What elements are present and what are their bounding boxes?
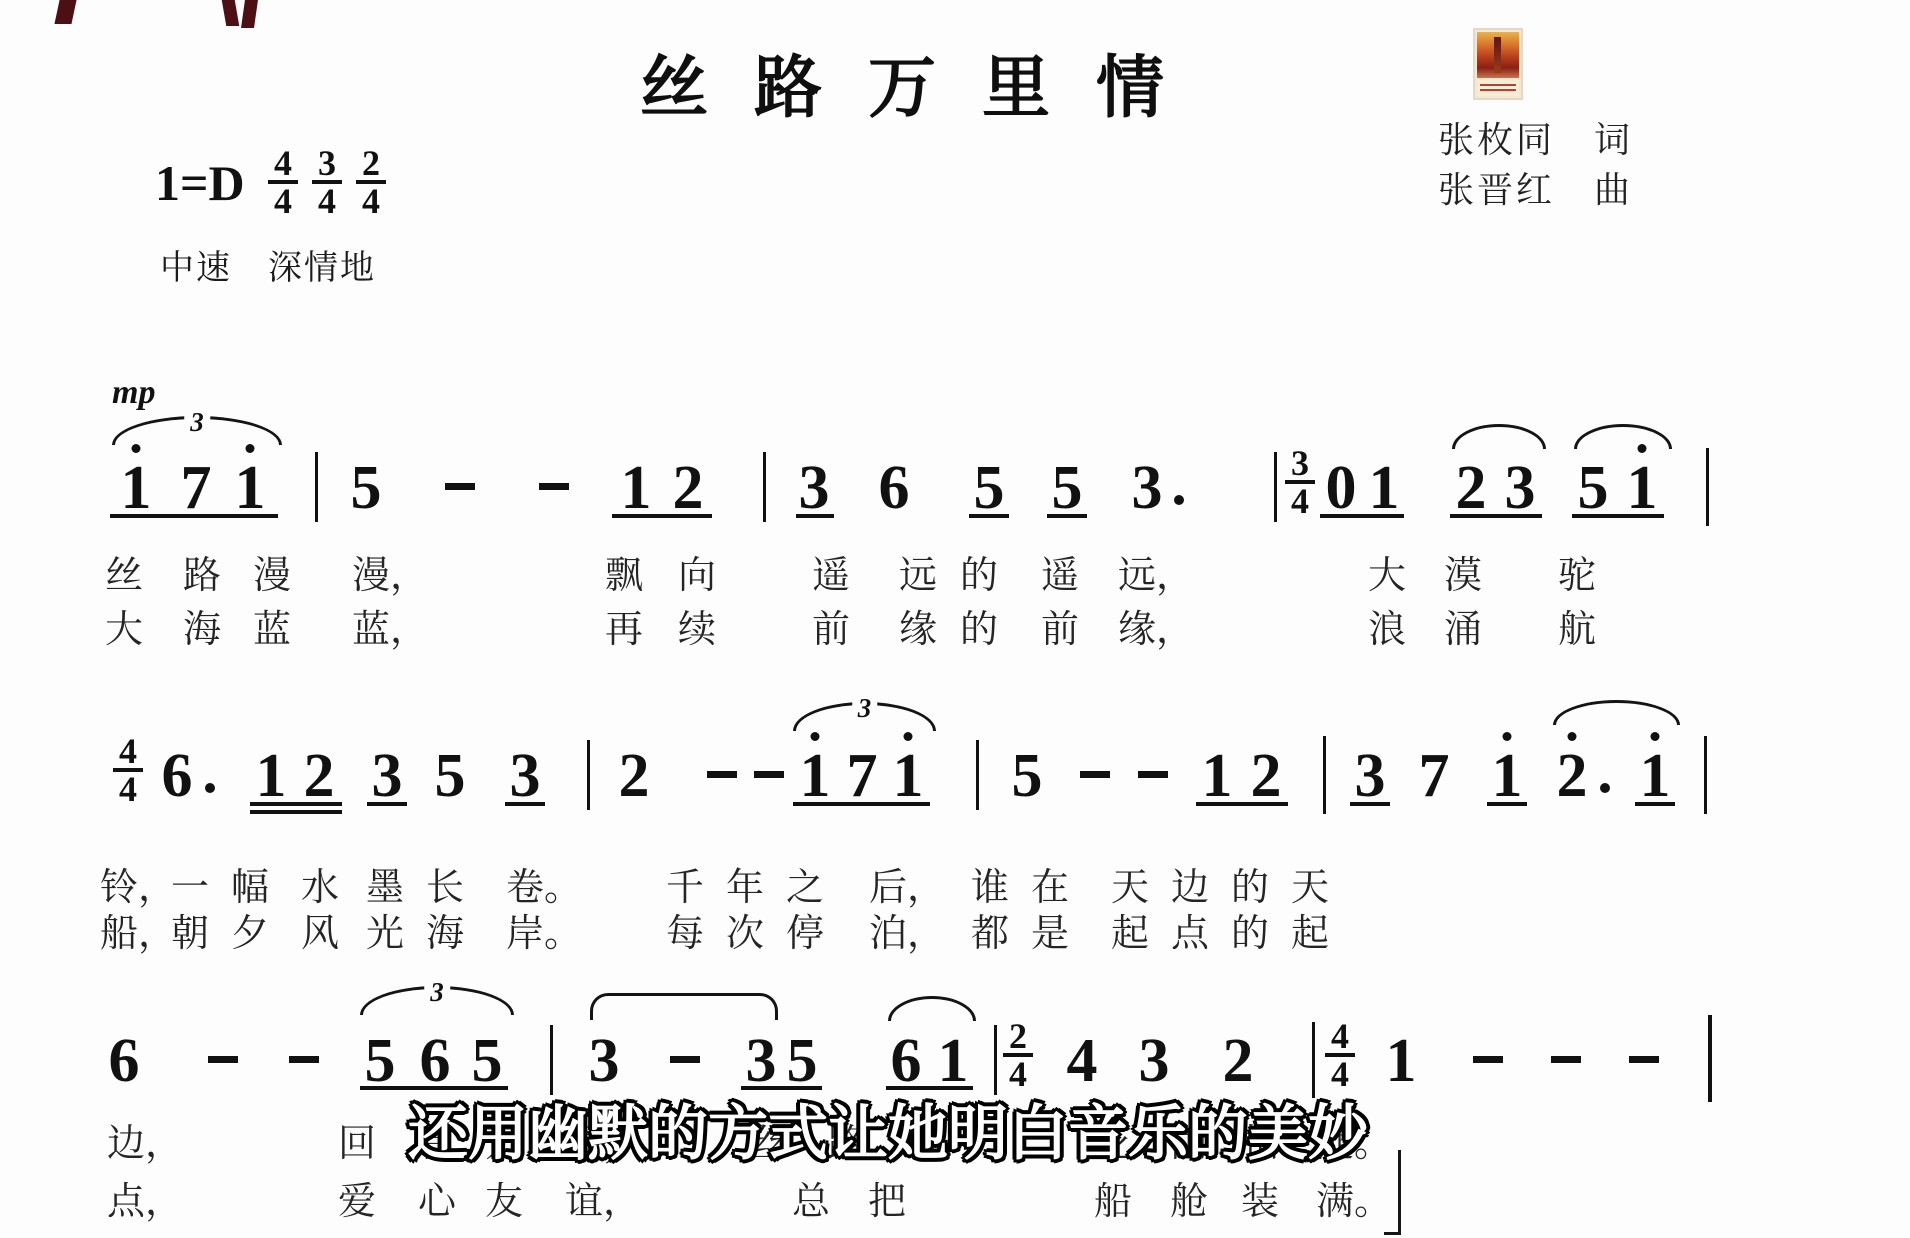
stamp-caption-strip	[1477, 80, 1519, 96]
video-artifact-mark	[54, 0, 76, 24]
barline	[1274, 452, 1277, 522]
note-digit: 1	[621, 457, 652, 519]
beam-underline	[1320, 514, 1404, 518]
lyric-char: 涌	[1444, 610, 1482, 652]
augmentation-dot	[1174, 495, 1184, 505]
note-digit: 3	[510, 745, 541, 807]
rhythm-dash	[1473, 1056, 1503, 1063]
lyric-char: 飘	[605, 556, 643, 598]
note-digit: 2	[1251, 745, 1282, 807]
composer-credit: 张晋红 曲	[1438, 162, 1633, 213]
beam-underline	[367, 802, 407, 806]
lyric-char: 漠	[1444, 556, 1482, 598]
slur-tie	[1553, 700, 1680, 725]
lyric-char: 舱	[1170, 1182, 1208, 1224]
barline	[315, 452, 318, 522]
note-digit: 5	[435, 745, 466, 807]
note-digit: 1	[235, 457, 266, 519]
rhythm-dash	[208, 1056, 238, 1063]
triplet-number: 3	[184, 409, 210, 436]
note-digit: 1	[121, 457, 152, 519]
note-digit: 5	[974, 457, 1005, 519]
note-digit: 3	[1505, 457, 1536, 519]
lyric-char: 起	[1291, 914, 1329, 956]
dynamic-marking: mp	[112, 374, 155, 412]
beam-underline	[612, 514, 712, 518]
barline	[1706, 448, 1709, 526]
lyric-char: 岸。	[506, 914, 582, 956]
barline	[1704, 736, 1707, 814]
lyric-char: 再	[605, 610, 643, 652]
lyric-char: 后，	[869, 868, 945, 910]
lyric-char: 次	[726, 914, 764, 956]
time-signature: 44	[261, 148, 305, 216]
time-signature-part: 4	[305, 186, 349, 216]
note-digit: 1	[1202, 745, 1233, 807]
slur-tie	[590, 993, 778, 1020]
lyric-char: 爱	[338, 1182, 376, 1224]
lyric-char: 总	[792, 1182, 830, 1224]
note-digit: 1	[938, 1030, 969, 1092]
rhythm-dash	[754, 771, 784, 778]
lyric-char: 铃，	[100, 868, 176, 910]
rhythm-dash	[707, 771, 737, 778]
beam-underline	[1635, 802, 1675, 806]
note-digit: 5	[1052, 457, 1083, 519]
lyric-char: 满。	[1316, 1182, 1392, 1224]
lyric-char: 大	[105, 610, 143, 652]
beam-underline	[110, 514, 278, 518]
lyric-char: 幅	[231, 868, 269, 910]
note-digit: 1	[1640, 745, 1671, 807]
note-digit: 6	[109, 1030, 140, 1092]
lyricist-credit: 张枚同 词	[1438, 112, 1633, 163]
rhythm-dash	[1629, 1056, 1659, 1063]
rhythm-dash	[1138, 771, 1168, 778]
note-digit: 2	[619, 745, 650, 807]
note-digit: 6	[891, 1030, 922, 1092]
beam-underline	[1487, 802, 1527, 806]
rhythm-dash	[289, 1056, 319, 1063]
lyric-char: 蓝	[253, 610, 291, 652]
beam-underline	[969, 514, 1009, 518]
lyric-char: 都	[971, 914, 1009, 956]
barline	[763, 452, 766, 522]
octave-dot	[811, 732, 820, 741]
song-title: 丝路万里情	[640, 34, 1210, 131]
octave-dot	[1651, 732, 1660, 741]
lyric-char: 点	[1171, 914, 1209, 956]
note-digit: 6	[162, 745, 193, 807]
lyric-char: 续	[678, 610, 716, 652]
lyric-char: 朝	[171, 914, 209, 956]
time-signature-part: 2	[996, 1021, 1040, 1051]
note-digit: 1	[1492, 745, 1523, 807]
octave-dot	[1568, 732, 1577, 741]
lyric-char: 风	[301, 914, 339, 956]
sheet-music-page: 丝路万里情 张枚同 词 张晋红 曲 1=D 中速 深情地 mp 还用幽默的方式让…	[0, 0, 1910, 1238]
note-digit: 5	[787, 1030, 818, 1092]
lyric-char: 浪	[1368, 610, 1406, 652]
barline	[1323, 736, 1326, 814]
lyric-char: 前	[1041, 610, 1079, 652]
beam-underline	[793, 802, 930, 806]
note-digit: 0	[1326, 457, 1357, 519]
lyric-char: 漫	[253, 556, 291, 598]
video-artifact-mark	[241, 0, 258, 28]
lyric-char: 遥	[1041, 556, 1079, 598]
lyric-char: 泊，	[869, 914, 945, 956]
triplet-bracket: 3	[793, 702, 936, 731]
lyric-char: 卷。	[506, 868, 582, 910]
lyric-char: 装	[1241, 1182, 1279, 1224]
note-digit: 2	[1223, 1030, 1254, 1092]
lyric-char: 起	[1111, 914, 1149, 956]
lyric-char: 友	[485, 1182, 523, 1224]
lyric-char: 夕	[231, 914, 269, 956]
lyric-char: 点，	[107, 1182, 183, 1224]
lyric-char: 回	[338, 1124, 376, 1166]
lyric-char: 年	[726, 868, 764, 910]
augmentation-dot	[1600, 783, 1610, 793]
triplet-bracket: 3	[112, 416, 282, 445]
note-digit: 5	[351, 457, 382, 519]
lyric-char: 每	[666, 914, 704, 956]
rhythm-dash	[1551, 1056, 1581, 1063]
time-signature: 34	[305, 148, 349, 216]
time-signature: 34	[1278, 448, 1322, 516]
note-digit: 2	[1557, 745, 1588, 807]
note-digit: 2	[673, 457, 704, 519]
rhythm-dash	[445, 483, 475, 490]
octave-dot	[904, 732, 913, 741]
lyric-char: 远，	[1118, 556, 1194, 598]
lyric-char: 漫，	[352, 556, 428, 598]
lyric-char: 远	[899, 556, 937, 598]
lyric-char: 把	[868, 1182, 906, 1224]
lyric-char: 边，	[107, 1124, 183, 1166]
lyric-char: 蓝，	[352, 610, 428, 652]
lyric-char: 千	[666, 868, 704, 910]
stamp-artwork	[1477, 32, 1519, 78]
video-artifact-mark	[222, 0, 240, 26]
lyric-char: 大	[1368, 556, 1406, 598]
beam-underline	[796, 514, 834, 518]
lyric-char: 遥	[812, 556, 850, 598]
lyric-char: 长	[426, 868, 464, 910]
beam-underline	[250, 802, 342, 806]
slur-tie	[1574, 424, 1672, 449]
note-digit: 1	[256, 745, 287, 807]
note-digit: 6	[420, 1030, 451, 1092]
octave-dot	[246, 444, 255, 453]
note-digit: 7	[1419, 745, 1450, 807]
note-digit: 7	[181, 457, 212, 519]
lyric-char: 航	[1558, 610, 1596, 652]
lyric-char: 之	[786, 868, 824, 910]
note-digit: 6	[879, 457, 910, 519]
slur-tie	[1452, 424, 1546, 449]
time-signature-part: 3	[1278, 448, 1322, 478]
time-signature-part: 4	[1278, 486, 1322, 516]
lyric-char: 向	[678, 556, 716, 598]
lyric-char: 边	[1171, 868, 1209, 910]
note-digit: 5	[1578, 457, 1609, 519]
lyric-char: 心	[418, 1182, 456, 1224]
time-signature: 44	[106, 736, 150, 804]
beam-underline	[1572, 514, 1664, 518]
time-signature: 44	[1318, 1021, 1362, 1089]
note-digit: 4	[1067, 1030, 1098, 1092]
beam-underline	[1350, 802, 1390, 806]
time-signature: 24	[996, 1021, 1040, 1089]
note-digit: 2	[1456, 457, 1487, 519]
triplet-bracket: 3	[360, 986, 514, 1015]
time-signature: 24	[349, 148, 393, 216]
note-digit: 3	[1132, 457, 1163, 519]
stamp-thumbnail-icon	[1473, 28, 1523, 100]
note-digit: 7	[847, 745, 878, 807]
lyric-char: 缘，	[1118, 610, 1194, 652]
note-digit: 3	[799, 457, 830, 519]
video-subtitle-overlay: 还用幽默的方式让她明白音乐的美妙	[408, 1086, 1368, 1172]
note-digit: 2	[304, 745, 335, 807]
beam-underline	[1450, 514, 1542, 518]
note-digit: 1	[1369, 457, 1400, 519]
lyric-char: 的	[1231, 868, 1269, 910]
note-digit: 1	[893, 745, 924, 807]
lyric-char: 墨	[366, 868, 404, 910]
note-digit: 3	[1355, 745, 1386, 807]
beam-underline	[505, 802, 545, 806]
augmentation-dot	[205, 783, 215, 793]
time-signature-part: 4	[996, 1059, 1040, 1089]
slur-tie	[888, 996, 976, 1021]
triplet-number: 3	[852, 695, 878, 722]
lyric-char: 缘	[899, 610, 937, 652]
barline	[587, 740, 590, 810]
lyric-char: 海	[426, 914, 464, 956]
note-digit: 1	[1386, 1030, 1417, 1092]
lyric-char: 的	[960, 556, 998, 598]
time-signature-part: 4	[261, 186, 305, 216]
rhythm-dash	[539, 483, 569, 490]
lyric-char: 谊，	[565, 1182, 641, 1224]
note-digit: 5	[472, 1030, 503, 1092]
triplet-number: 3	[424, 979, 450, 1006]
barline	[550, 1025, 553, 1095]
time-signature-part: 4	[349, 186, 393, 216]
lyric-char: 天	[1111, 868, 1149, 910]
time-signature-part: 3	[305, 148, 349, 178]
note-digit: 3	[1139, 1030, 1170, 1092]
lyric-char: 一	[171, 868, 209, 910]
lyric-char: 路	[183, 556, 221, 598]
note-digit: 3	[372, 745, 403, 807]
lyric-char: 丝	[105, 556, 143, 598]
lyric-char: 驼	[1558, 556, 1596, 598]
time-signature-part: 4	[1318, 1059, 1362, 1089]
rhythm-dash	[1080, 771, 1110, 778]
tempo-marking: 中速 深情地	[160, 240, 376, 289]
time-signature-part: 4	[261, 148, 305, 178]
time-signature-part: 4	[106, 774, 150, 804]
lyric-char: 的	[1231, 914, 1269, 956]
beam-underline	[1196, 802, 1288, 806]
note-digit: 3	[746, 1030, 777, 1092]
lyric-char: 船，	[100, 914, 176, 956]
note-digit: 5	[1012, 745, 1043, 807]
lyric-char: 天	[1291, 868, 1329, 910]
note-digit: 5	[365, 1030, 396, 1092]
note-digit: 1	[800, 745, 831, 807]
octave-dot	[1503, 732, 1512, 741]
lyric-char: 船	[1094, 1182, 1132, 1224]
lyric-char: 水	[301, 868, 339, 910]
time-signature-part: 2	[349, 148, 393, 178]
lyric-char: 海	[183, 610, 221, 652]
rhythm-dash	[670, 1056, 700, 1063]
lyric-char: 在	[1031, 868, 1069, 910]
time-signature-part: 4	[1318, 1021, 1362, 1051]
lyric-char: 前	[812, 610, 850, 652]
lyric-char: 谁	[971, 868, 1009, 910]
time-signature-part: 4	[106, 736, 150, 766]
lyric-char: 停	[786, 914, 824, 956]
lyric-char: 的	[960, 610, 998, 652]
note-digit: 3	[589, 1030, 620, 1092]
beam-underline	[1047, 514, 1087, 518]
barline	[976, 740, 979, 810]
lyric-char: 光	[366, 914, 404, 956]
note-digit: 1	[1627, 457, 1658, 519]
key-signature: 1=D	[155, 154, 245, 212]
lyric-char: 是	[1031, 914, 1069, 956]
octave-dot	[132, 444, 141, 453]
barline	[1708, 1015, 1712, 1102]
